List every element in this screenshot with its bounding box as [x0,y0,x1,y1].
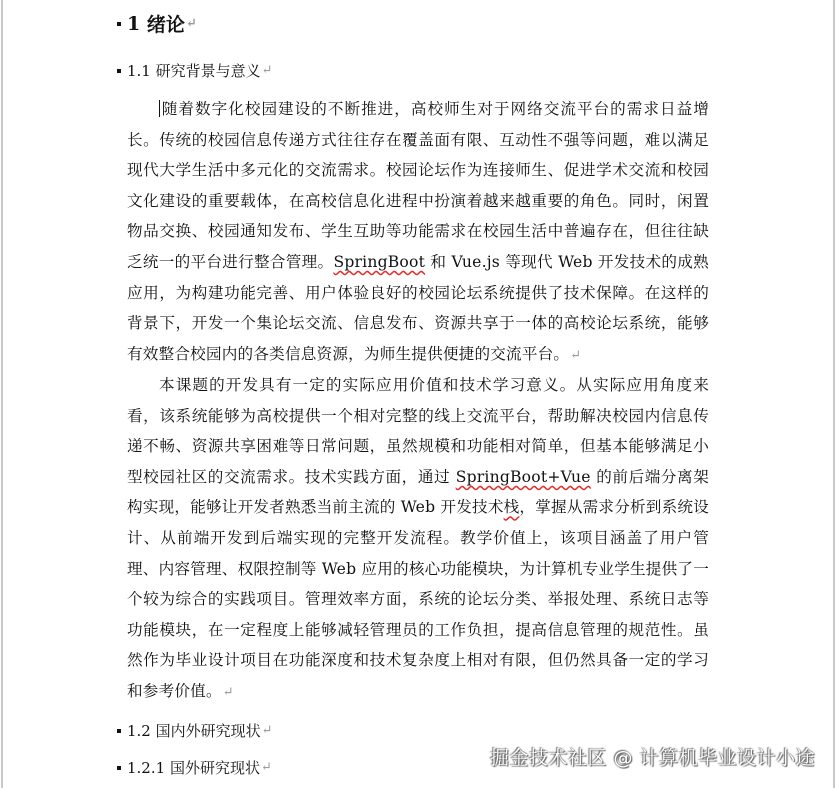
watermark: 掘金技术社区 @ 计算机毕业设计小途 [490,743,815,770]
list-bullet-icon [117,766,121,770]
heading-space [140,13,147,35]
heading-title: 国外研究现状 [170,757,260,778]
paragraph-background[interactable]: 随着数字化校园建设的不断推进，高校师生对于网络交流平台的需求日益增长。传统的校园… [127,94,709,371]
paragraph-mark-icon: ↵ [186,16,197,31]
heading-title: 国内外研究现状 [156,720,261,741]
paragraph-mark-icon: ↵ [262,723,273,738]
list-bullet-icon [117,22,121,26]
text-cursor [159,100,160,117]
page-left-border [1,0,3,788]
heading-number: 1.2.1 [127,759,165,777]
paragraph-text: 随着数字化校园建设的不断推进，高校师生对于网络交流平台的需求日益增长。传统的校园… [127,100,709,271]
heading-1-1[interactable]: 1.1 研究背景与意义 ↵ [117,60,273,81]
heading-1[interactable]: 1 绪论 ↵ [117,10,197,37]
spellcheck-term: SpringBoot [333,253,425,271]
heading-1-2[interactable]: 1.2 国内外研究现状 ↵ [117,720,273,741]
paragraph-text: ，掌握从需求分析到系统设计、从前端开发到后端实现的完整开发流程。教学价值上，该项… [127,498,709,700]
heading-title: 研究背景与意义 [156,60,261,81]
page-right-border [833,0,835,788]
paragraph-mark-icon: ↵ [261,760,272,775]
spellcheck-term: 栈 [504,498,520,516]
heading-number: 1.1 [127,62,151,80]
heading-number: 1 [127,13,140,35]
spellcheck-term: SpringBoot+Vue [456,468,591,486]
paragraph-mark-icon: ↵ [262,63,273,78]
paragraph-significance[interactable]: 本课题的开发具有一定的实际应用价值和技术学习意义。从实际应用角度来看，该系统能够… [127,370,709,709]
heading-number: 1.2 [127,722,151,740]
heading-title: 绪论 [147,10,185,37]
list-bullet-icon [117,69,121,73]
list-bullet-icon [117,729,121,733]
paragraph-mark-icon: ↵ [223,685,234,700]
paragraph-mark-icon: ↵ [570,348,581,363]
heading-1-2-1[interactable]: 1.2.1 国外研究现状 ↵ [117,757,272,778]
